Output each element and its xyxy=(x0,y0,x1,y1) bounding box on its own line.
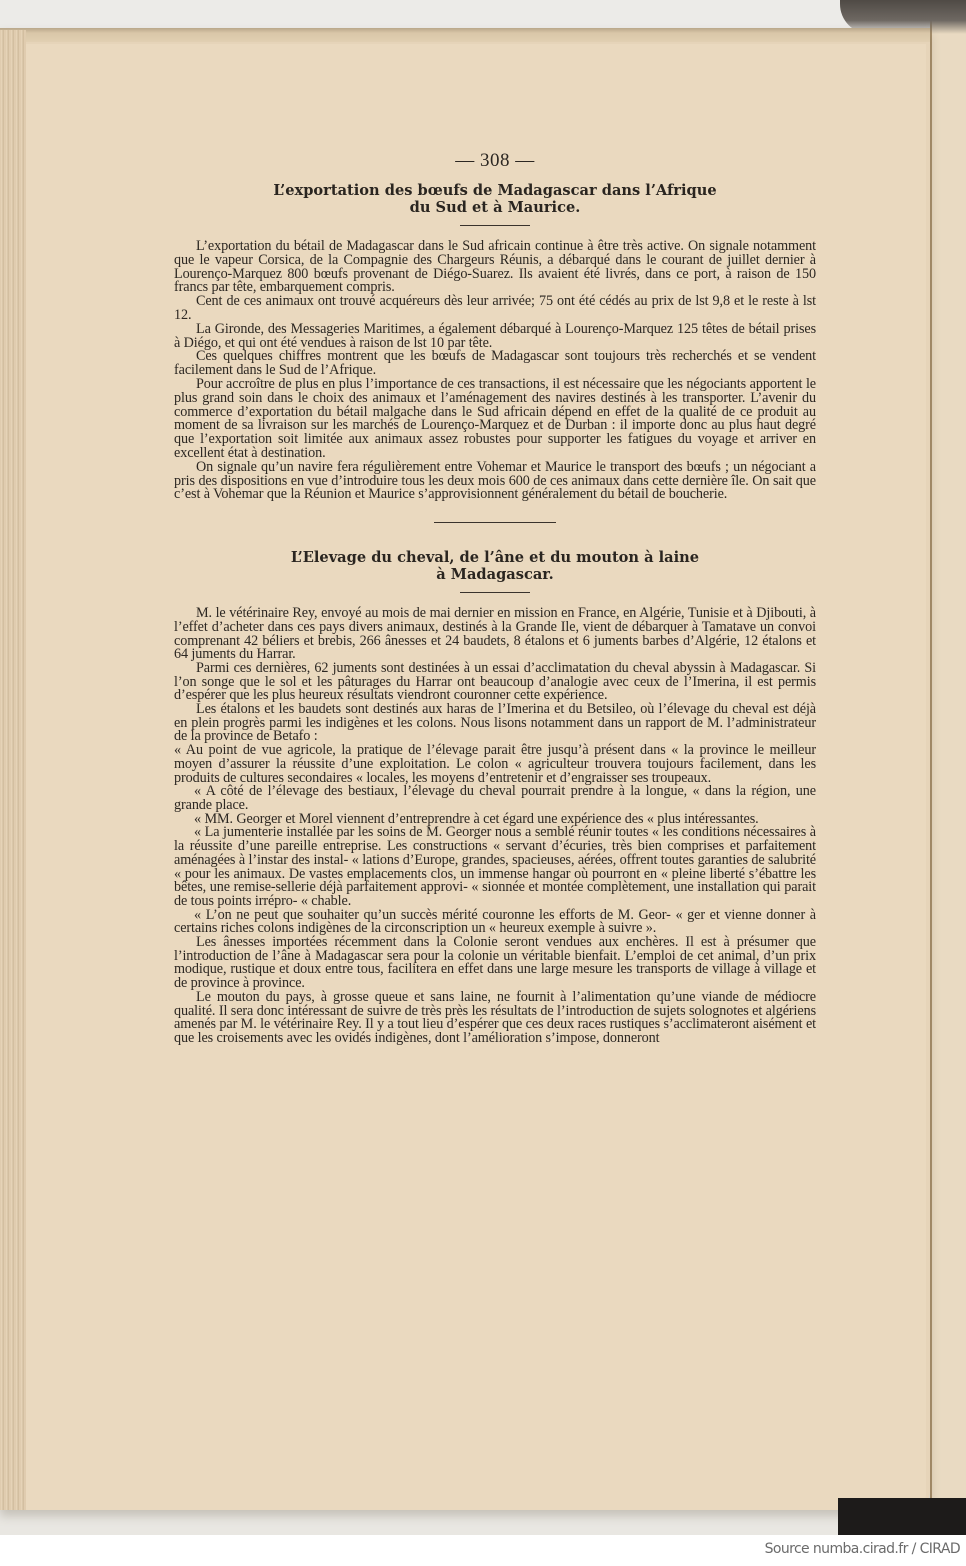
paragraph: On signale qu’un navire fera régulièreme… xyxy=(174,461,816,502)
page-stack-edge xyxy=(0,30,26,1510)
paragraph: La Gironde, des Messageries Maritimes, a… xyxy=(174,323,816,351)
paragraph: Pour accroître de plus en plus l’importa… xyxy=(174,378,816,461)
article2-title: L’Elevage du cheval, de l’âne et du mout… xyxy=(174,549,816,583)
paragraph: Cent de ces animaux ont trouvé acquéreur… xyxy=(174,295,816,323)
quoted-paragraph: « L’on ne peut que souhaiter qu’un succè… xyxy=(174,909,816,936)
article-elevage: L’Elevage du cheval, de l’âne et du mout… xyxy=(174,549,816,1046)
facing-page-edge xyxy=(930,20,966,1510)
paragraph: Parmi ces dernières, 62 juments sont des… xyxy=(174,662,816,703)
paragraph: Les étalons et les baudets sont destinés… xyxy=(174,703,816,744)
article1-title-line1: L’exportation des bœufs de Madagascar da… xyxy=(273,182,716,199)
page-top-edge xyxy=(0,28,930,42)
paragraph: Ces quelques chiffres montrent que les b… xyxy=(174,350,816,378)
paragraph: M. le vétérinaire Rey, envoyé au mois de… xyxy=(174,607,816,662)
paragraph: Le mouton du pays, à grosse queue et san… xyxy=(174,991,816,1046)
article2-title-line2: à Madagascar. xyxy=(436,566,553,583)
title-rule xyxy=(460,225,530,226)
article1-title-line2: du Sud et à Maurice. xyxy=(410,199,581,216)
quoted-paragraph: « Au point de vue agricole, la pratique … xyxy=(174,744,816,785)
section-separator-rule xyxy=(434,522,556,523)
article-export-boeufs: L’exportation des bœufs de Madagascar da… xyxy=(174,182,816,502)
book-cover-bottom xyxy=(838,1498,966,1535)
article2-title-line1: L’Elevage du cheval, de l’âne et du mout… xyxy=(291,549,699,566)
page-number: — 308 — xyxy=(174,150,816,172)
title-rule xyxy=(460,592,530,593)
page-content: — 308 — L’exportation des bœufs de Madag… xyxy=(174,150,816,1046)
source-credit: Source numba.cirad.fr / CIRAD xyxy=(765,1541,960,1557)
top-strip xyxy=(0,0,966,30)
paragraph: Les ânesses importées récemment dans la … xyxy=(174,936,816,991)
paragraph: L’exportation du bétail de Madagascar da… xyxy=(174,240,816,295)
quoted-paragraph: « A côté de l’élevage des bestiaux, l’él… xyxy=(174,785,816,812)
quoted-paragraph: « La jumenterie installée par les soins … xyxy=(174,826,816,908)
article1-title: L’exportation des bœufs de Madagascar da… xyxy=(174,182,816,216)
